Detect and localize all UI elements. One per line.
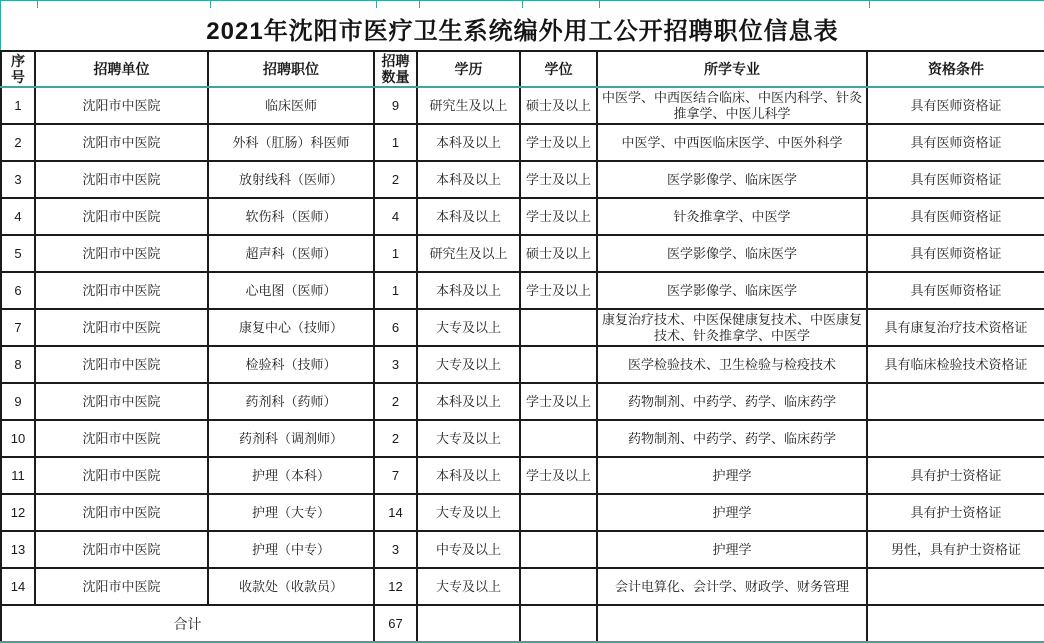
total-row: 合计67 xyxy=(1,605,1044,642)
cell-major: 医学检验技术、卫生检验与检疫技术 xyxy=(597,346,867,383)
table-row: 2沈阳市中医院外科（肛肠）科医师1本科及以上学士及以上中医学、中西医临床医学、中… xyxy=(1,124,1044,161)
cell-position: 康复中心（技师） xyxy=(208,309,374,346)
cell-major: 药物制剂、中药学、药学、临床药学 xyxy=(597,420,867,457)
cell-no: 2 xyxy=(1,124,35,161)
cell-position: 外科（肛肠）科医师 xyxy=(208,124,374,161)
cell-major: 中医学、中西医临床医学、中医外科学 xyxy=(597,124,867,161)
cell-unit: 沈阳市中医院 xyxy=(35,198,208,235)
cell-education: 大专及以上 xyxy=(417,494,520,531)
table-row: 11沈阳市中医院护理（本科）7本科及以上学士及以上护理学具有护士资格证 xyxy=(1,457,1044,494)
column-header-position: 招聘职位 xyxy=(208,51,374,87)
cell-education: 本科及以上 xyxy=(417,124,520,161)
table-body: 1沈阳市中医院临床医师9研究生及以上硕士及以上中医学、中西医结合临床、中医内科学… xyxy=(1,87,1044,642)
cell-education: 大专及以上 xyxy=(417,346,520,383)
total-label: 合计 xyxy=(1,605,374,642)
cell-count: 1 xyxy=(374,235,417,272)
positions-table: 序号 招聘单位 招聘职位 招聘数量 学历 学位 所学专业 资格条件 1沈阳市中医… xyxy=(0,50,1044,643)
cell-no: 14 xyxy=(1,568,35,605)
cell-no: 13 xyxy=(1,531,35,568)
title-row: 2021年沈阳市医疗卫生系统编外用工公开招聘职位信息表 xyxy=(0,0,1044,50)
cell-no: 1 xyxy=(1,87,35,124)
cell-unit: 沈阳市中医院 xyxy=(35,383,208,420)
cell-position: 放射线科（医师） xyxy=(208,161,374,198)
cell-count: 6 xyxy=(374,309,417,346)
cell-qualification: 具有医师资格证 xyxy=(867,235,1044,272)
table-row: 10沈阳市中医院药剂科（调剂师）2大专及以上药物制剂、中药学、药学、临床药学 xyxy=(1,420,1044,457)
empty-cell xyxy=(520,605,597,642)
cell-major: 护理学 xyxy=(597,457,867,494)
table-row: 3沈阳市中医院放射线科（医师）2本科及以上学士及以上医学影像学、临床医学具有医师… xyxy=(1,161,1044,198)
empty-cell xyxy=(597,605,867,642)
cell-major: 针灸推拿学、中医学 xyxy=(597,198,867,235)
cell-position: 临床医师 xyxy=(208,87,374,124)
cell-education: 大专及以上 xyxy=(417,420,520,457)
cell-no: 5 xyxy=(1,235,35,272)
cell-degree xyxy=(520,420,597,457)
gridline-stub xyxy=(522,1,523,8)
table-row: 12沈阳市中医院护理（大专）14大专及以上护理学具有护士资格证 xyxy=(1,494,1044,531)
cell-education: 本科及以上 xyxy=(417,161,520,198)
cell-degree: 硕士及以上 xyxy=(520,87,597,124)
cell-count: 1 xyxy=(374,272,417,309)
cell-position: 护理（中专） xyxy=(208,531,374,568)
cell-position: 护理（本科） xyxy=(208,457,374,494)
table-row: 14沈阳市中医院收款处（收款员）12大专及以上会计电算化、会计学、财政学、财务管… xyxy=(1,568,1044,605)
cell-count: 4 xyxy=(374,198,417,235)
cell-position: 软伤科（医师） xyxy=(208,198,374,235)
cell-degree: 学士及以上 xyxy=(520,198,597,235)
cell-education: 大专及以上 xyxy=(417,568,520,605)
cell-unit: 沈阳市中医院 xyxy=(35,161,208,198)
cell-position: 药剂科（药师） xyxy=(208,383,374,420)
cell-count: 7 xyxy=(374,457,417,494)
table-row: 6沈阳市中医院心电图（医师）1本科及以上学士及以上医学影像学、临床医学具有医师资… xyxy=(1,272,1044,309)
column-header-unit: 招聘单位 xyxy=(35,51,208,87)
cell-education: 本科及以上 xyxy=(417,198,520,235)
cell-degree xyxy=(520,568,597,605)
cell-count: 2 xyxy=(374,161,417,198)
table-row: 8沈阳市中医院检验科（技师）3大专及以上医学检验技术、卫生检验与检疫技术具有临床… xyxy=(1,346,1044,383)
cell-position: 护理（大专） xyxy=(208,494,374,531)
cell-major: 药物制剂、中药学、药学、临床药学 xyxy=(597,383,867,420)
table-row: 13沈阳市中医院护理（中专）3中专及以上护理学男性，具有护士资格证 xyxy=(1,531,1044,568)
cell-major: 护理学 xyxy=(597,494,867,531)
cell-position: 超声科（医师） xyxy=(208,235,374,272)
gridline-stub xyxy=(37,1,38,8)
cell-unit: 沈阳市中医院 xyxy=(35,272,208,309)
cell-unit: 沈阳市中医院 xyxy=(35,309,208,346)
cell-degree xyxy=(520,531,597,568)
gridline-stub xyxy=(419,1,420,8)
gridline-stub xyxy=(376,1,377,8)
cell-count: 12 xyxy=(374,568,417,605)
column-header-education: 学历 xyxy=(417,51,520,87)
table-row: 7沈阳市中医院康复中心（技师）6大专及以上康复治疗技术、中医保健康复技术、中医康… xyxy=(1,309,1044,346)
cell-major: 医学影像学、临床医学 xyxy=(597,235,867,272)
cell-qualification: 具有医师资格证 xyxy=(867,272,1044,309)
cell-degree xyxy=(520,494,597,531)
cell-count: 2 xyxy=(374,383,417,420)
cell-education: 本科及以上 xyxy=(417,383,520,420)
cell-no: 4 xyxy=(1,198,35,235)
total-count: 67 xyxy=(374,605,417,642)
cell-no: 6 xyxy=(1,272,35,309)
cell-qualification: 具有医师资格证 xyxy=(867,124,1044,161)
gridline-stub xyxy=(599,1,600,8)
cell-major: 医学影像学、临床医学 xyxy=(597,161,867,198)
column-header-major: 所学专业 xyxy=(597,51,867,87)
cell-degree: 学士及以上 xyxy=(520,272,597,309)
cell-major: 医学影像学、临床医学 xyxy=(597,272,867,309)
cell-education: 研究生及以上 xyxy=(417,87,520,124)
cell-count: 9 xyxy=(374,87,417,124)
cell-education: 本科及以上 xyxy=(417,272,520,309)
cell-qualification: 具有医师资格证 xyxy=(867,198,1044,235)
page-title: 2021年沈阳市医疗卫生系统编外用工公开招聘职位信息表 xyxy=(206,5,838,46)
cell-qualification xyxy=(867,383,1044,420)
cell-degree xyxy=(520,346,597,383)
cell-position: 药剂科（调剂师） xyxy=(208,420,374,457)
empty-cell xyxy=(867,605,1044,642)
table-row: 5沈阳市中医院超声科（医师）1研究生及以上硕士及以上医学影像学、临床医学具有医师… xyxy=(1,235,1044,272)
cell-unit: 沈阳市中医院 xyxy=(35,494,208,531)
table-row: 9沈阳市中医院药剂科（药师）2本科及以上学士及以上药物制剂、中药学、药学、临床药… xyxy=(1,383,1044,420)
column-header-count: 招聘数量 xyxy=(374,51,417,87)
gridline-stub xyxy=(210,1,211,8)
gridline-stub xyxy=(869,1,870,8)
cell-no: 11 xyxy=(1,457,35,494)
cell-no: 3 xyxy=(1,161,35,198)
header-row: 序号 招聘单位 招聘职位 招聘数量 学历 学位 所学专业 资格条件 xyxy=(1,51,1044,87)
recruitment-info-sheet: 2021年沈阳市医疗卫生系统编外用工公开招聘职位信息表 序号 招聘单位 招聘职位… xyxy=(0,0,1044,643)
cell-count: 1 xyxy=(374,124,417,161)
cell-qualification: 具有医师资格证 xyxy=(867,87,1044,124)
empty-cell xyxy=(417,605,520,642)
cell-degree: 学士及以上 xyxy=(520,383,597,420)
cell-education: 研究生及以上 xyxy=(417,235,520,272)
cell-unit: 沈阳市中医院 xyxy=(35,568,208,605)
cell-unit: 沈阳市中医院 xyxy=(35,531,208,568)
column-header-qualification: 资格条件 xyxy=(867,51,1044,87)
cell-unit: 沈阳市中医院 xyxy=(35,87,208,124)
column-header-no: 序号 xyxy=(1,51,35,87)
cell-degree xyxy=(520,309,597,346)
cell-education: 本科及以上 xyxy=(417,457,520,494)
cell-no: 10 xyxy=(1,420,35,457)
cell-degree: 硕士及以上 xyxy=(520,235,597,272)
cell-no: 9 xyxy=(1,383,35,420)
cell-no: 8 xyxy=(1,346,35,383)
cell-qualification: 具有医师资格证 xyxy=(867,161,1044,198)
cell-no: 12 xyxy=(1,494,35,531)
cell-unit: 沈阳市中医院 xyxy=(35,457,208,494)
cell-unit: 沈阳市中医院 xyxy=(35,346,208,383)
cell-count: 3 xyxy=(374,531,417,568)
cell-degree: 学士及以上 xyxy=(520,124,597,161)
cell-major: 会计电算化、会计学、财政学、财务管理 xyxy=(597,568,867,605)
cell-qualification xyxy=(867,568,1044,605)
cell-qualification: 男性，具有护士资格证 xyxy=(867,531,1044,568)
cell-qualification: 具有康复治疗技术资格证 xyxy=(867,309,1044,346)
table-row: 1沈阳市中医院临床医师9研究生及以上硕士及以上中医学、中西医结合临床、中医内科学… xyxy=(1,87,1044,124)
cell-qualification: 具有护士资格证 xyxy=(867,457,1044,494)
column-header-degree: 学位 xyxy=(520,51,597,87)
cell-degree: 学士及以上 xyxy=(520,161,597,198)
cell-major: 中医学、中西医结合临床、中医内科学、针灸推拿学、中医儿科学 xyxy=(597,87,867,124)
cell-count: 14 xyxy=(374,494,417,531)
cell-qualification: 具有护士资格证 xyxy=(867,494,1044,531)
cell-education: 中专及以上 xyxy=(417,531,520,568)
cell-education: 大专及以上 xyxy=(417,309,520,346)
cell-major: 护理学 xyxy=(597,531,867,568)
cell-unit: 沈阳市中医院 xyxy=(35,420,208,457)
cell-unit: 沈阳市中医院 xyxy=(35,124,208,161)
cell-position: 检验科（技师） xyxy=(208,346,374,383)
cell-count: 3 xyxy=(374,346,417,383)
cell-unit: 沈阳市中医院 xyxy=(35,235,208,272)
cell-degree: 学士及以上 xyxy=(520,457,597,494)
cell-qualification xyxy=(867,420,1044,457)
table-row: 4沈阳市中医院软伤科（医师）4本科及以上学士及以上针灸推拿学、中医学具有医师资格… xyxy=(1,198,1044,235)
cell-count: 2 xyxy=(374,420,417,457)
cell-no: 7 xyxy=(1,309,35,346)
cell-qualification: 具有临床检验技术资格证 xyxy=(867,346,1044,383)
cell-position: 收款处（收款员） xyxy=(208,568,374,605)
cell-major: 康复治疗技术、中医保健康复技术、中医康复技术、针灸推拿学、中医学 xyxy=(597,309,867,346)
cell-position: 心电图（医师） xyxy=(208,272,374,309)
